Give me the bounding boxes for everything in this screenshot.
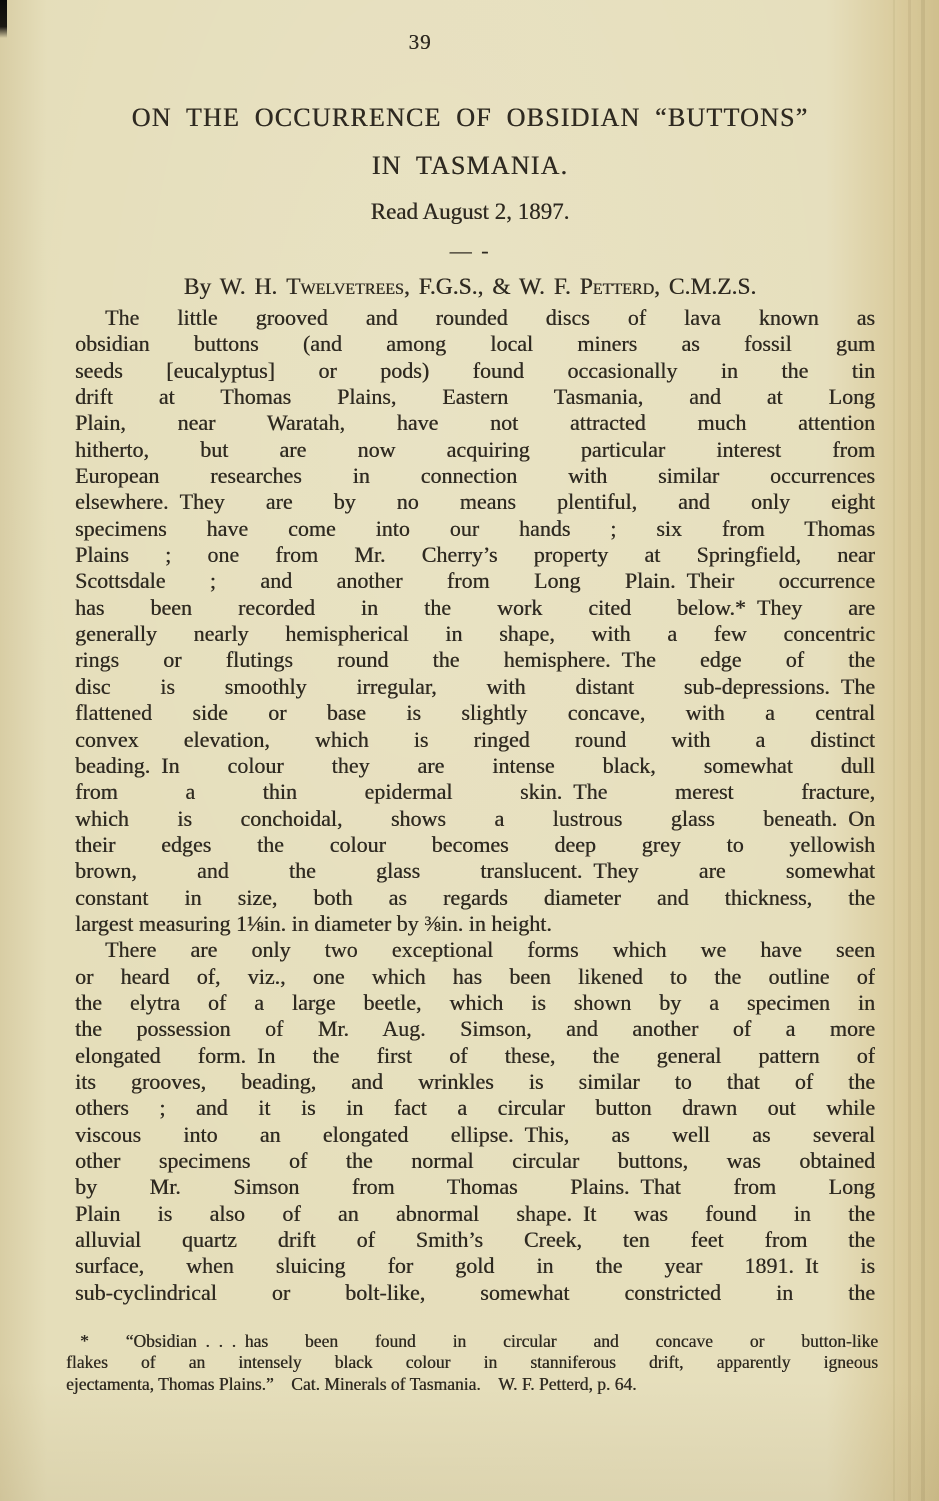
footnote-line: flakes of an intensely black colour in s… (66, 1352, 878, 1373)
text-line: brown, and the glass translucent. They a… (75, 858, 875, 884)
text-line: European researches in connection with s… (75, 463, 875, 489)
body-text: The little grooved and rounded discs of … (75, 305, 875, 1306)
byline-middle: , F.G.S., & W. F. (404, 274, 580, 300)
text-line: constant in size, both as regards diamet… (75, 885, 875, 911)
text-line: alluvial quartz drift of Smith’s Creek, … (75, 1227, 875, 1253)
text-line: Scottsdale ; and another from Long Plain… (75, 568, 875, 594)
paragraph-2: There are only two exceptional forms whi… (75, 937, 875, 1306)
text-line: by Mr. Simson from Thomas Plains. That f… (75, 1174, 875, 1200)
text-line: rings or flutings round the hemisphere. … (75, 647, 875, 673)
scan-edge-artifact (0, 0, 7, 38)
text-line: viscous into an elongated ellipse. This,… (75, 1122, 875, 1148)
text-line: flattened side or base is slightly conca… (75, 700, 875, 726)
text-line: from a thin epidermal skin. The merest f… (75, 779, 875, 805)
page-number: 39 (75, 30, 765, 55)
text-line: specimens have come into our hands ; six… (75, 516, 875, 542)
text-line: The little grooved and rounded discs of … (75, 305, 875, 331)
text-line: largest measuring 1⅛in. in diameter by ⅜… (75, 911, 875, 937)
page-curl-streak (921, 0, 925, 1501)
text-line: obsidian buttons (and among local miners… (75, 331, 875, 357)
byline: By W. H. Twelvetrees, F.G.S., & W. F. Pe… (40, 274, 900, 301)
text-line: surface, when sluicing for gold in the y… (75, 1253, 875, 1279)
text-line: others ; and it is in fact a circular bu… (75, 1095, 875, 1121)
text-line: seeds [eucalyptus] or pods) found occasi… (75, 358, 875, 384)
text-line: drift at Thomas Plains, Eastern Tasmania… (75, 384, 875, 410)
scanned-document-page: 39 ON THE OCCURRENCE OF OBSIDIAN “BUTTON… (0, 0, 939, 1501)
article-title-line1: ON THE OCCURRENCE OF OBSIDIAN “BUTTONS” (40, 103, 900, 133)
text-line: has been recorded in the work cited belo… (75, 595, 875, 621)
article-title-line2: IN TASMANIA. (40, 151, 900, 181)
text-line: which is conchoidal, shows a lustrous gl… (75, 806, 875, 832)
byline-suffix: , C.M.Z.S. (654, 274, 756, 300)
text-line: or heard of, viz., one which has been li… (75, 964, 875, 990)
text-line: convex elevation, which is ringed round … (75, 727, 875, 753)
text-line: elongated form. In the first of these, t… (75, 1043, 875, 1069)
text-line: the possession of Mr. Aug. Simson, and a… (75, 1016, 875, 1042)
text-line: Plain is also of an abnormal shape. It w… (75, 1201, 875, 1227)
read-date-line: Read August 2, 1897. (40, 199, 900, 225)
text-line: generally nearly hemispherical in shape,… (75, 621, 875, 647)
section-divider: — - (40, 238, 900, 264)
text-line: Plain, near Waratah, have not attracted … (75, 410, 875, 436)
text-line: sub-cyclindrical or bolt-like, somewhat … (75, 1280, 875, 1306)
byline-prefix: By W. H. (184, 274, 286, 300)
text-line: disc is smoothly irregular, with distant… (75, 674, 875, 700)
text-line: hitherto, but are now acquiring particul… (75, 437, 875, 463)
text-line: Plains ; one from Mr. Cherry’s property … (75, 542, 875, 568)
paragraph-1: The little grooved and rounded discs of … (75, 305, 875, 937)
footnote-line: ejectamenta, Thomas Plains.” Cat. Minera… (66, 1374, 878, 1395)
author-name-twelvetrees: Twelvetrees (286, 274, 404, 300)
author-name-petterd: Petterd (580, 274, 654, 300)
page-curl-streak (908, 0, 911, 1501)
text-line: their edges the colour becomes deep grey… (75, 832, 875, 858)
text-line: the elytra of a large beetle, which is s… (75, 990, 875, 1016)
text-line: other specimens of the normal circular b… (75, 1148, 875, 1174)
text-line: its grooves, beading, and wrinkles is si… (75, 1069, 875, 1095)
footnote-line: * “Obsidian . . . has been found in circ… (66, 1331, 878, 1352)
text-line: There are only two exceptional forms whi… (75, 937, 875, 963)
page-curl-streak (893, 0, 895, 1501)
text-line: beading. In colour they are intense blac… (75, 753, 875, 779)
footnote: * “Obsidian . . . has been found in circ… (66, 1331, 878, 1395)
text-line: elsewhere. They are by no means plentifu… (75, 489, 875, 515)
